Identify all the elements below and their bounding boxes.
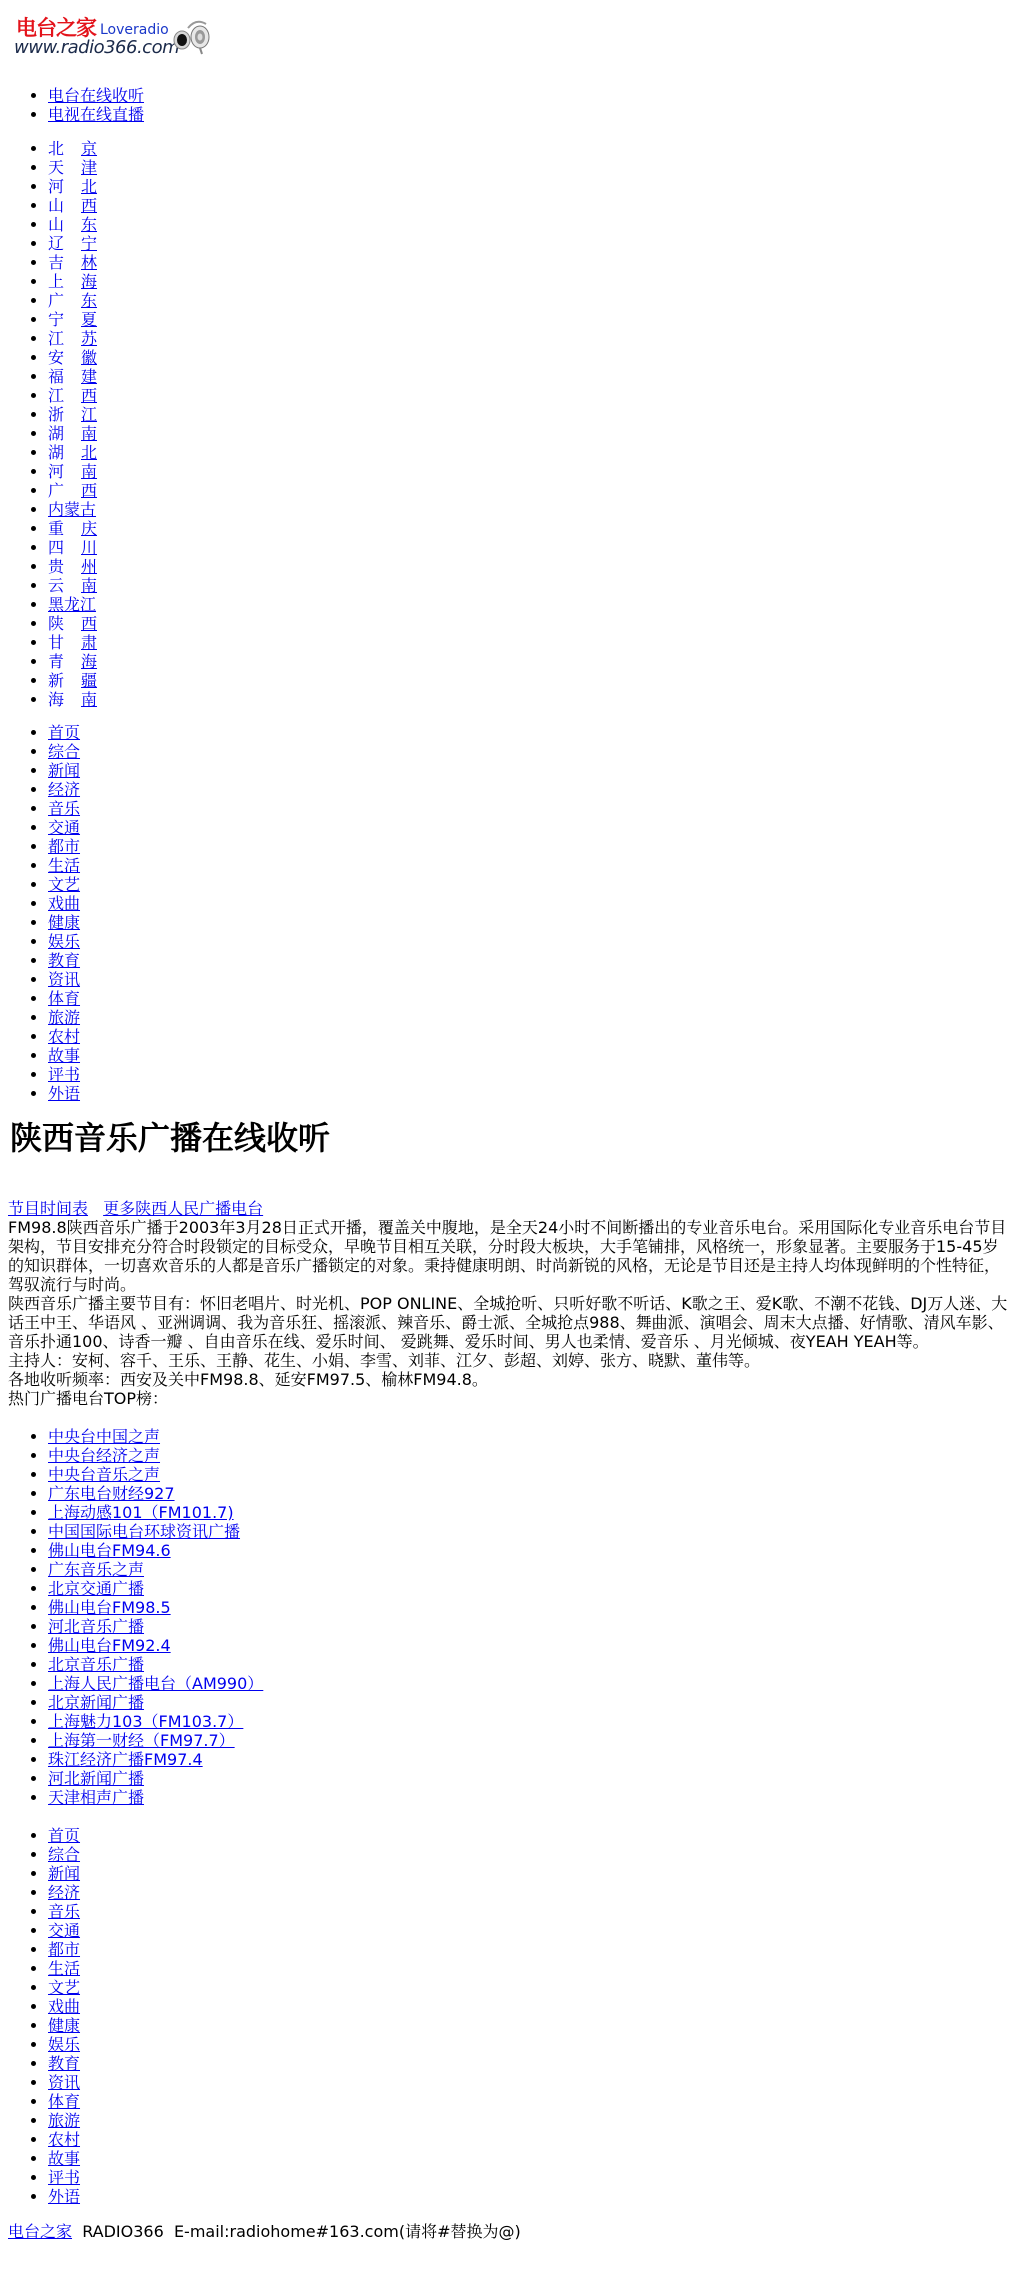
category-link[interactable]: 经济 bbox=[48, 780, 80, 799]
province-char-2: 庆 bbox=[81, 519, 97, 538]
category-item: 教育 bbox=[48, 951, 80, 970]
province-link[interactable]: 安徽 bbox=[48, 348, 97, 367]
province-char-1: 辽 bbox=[48, 234, 81, 253]
province-item: 广东 bbox=[48, 291, 97, 310]
category-item: 资讯 bbox=[48, 2073, 80, 2092]
top-station-link[interactable]: 北京新闻广播 bbox=[48, 1693, 144, 1712]
province-char-2: 西 bbox=[81, 196, 97, 215]
category-item: 戏曲 bbox=[48, 1997, 80, 2016]
category-link[interactable]: 体育 bbox=[48, 2092, 80, 2111]
category-item: 评书 bbox=[48, 1065, 80, 1084]
category-item: 都市 bbox=[48, 1940, 80, 1959]
category-item: 都市 bbox=[48, 837, 80, 856]
province-link[interactable]: 辽宁 bbox=[48, 234, 97, 253]
category-item: 戏曲 bbox=[48, 894, 80, 913]
province-char-2: 海 bbox=[81, 272, 97, 291]
province-item: 宁夏 bbox=[48, 310, 97, 329]
province-char-1: 福 bbox=[48, 367, 81, 386]
top-station-item: 广东音乐之声 bbox=[48, 1560, 263, 1579]
province-char-2: 苏 bbox=[81, 329, 97, 348]
category-link[interactable]: 健康 bbox=[48, 913, 80, 932]
province-item: 重庆 bbox=[48, 519, 97, 538]
top-station-item: 广东电台财经927 bbox=[48, 1484, 263, 1503]
station-description: FM98.8陕西音乐广播于2003年3月28日正式开播，覆盖关中腹地，是全天24… bbox=[8, 1218, 1014, 1408]
province-item: 新疆 bbox=[48, 671, 97, 690]
category-link[interactable]: 娱乐 bbox=[48, 2035, 80, 2054]
province-link[interactable]: 湖南 bbox=[48, 424, 97, 443]
category-item: 综合 bbox=[48, 742, 80, 761]
province-link[interactable]: 广西 bbox=[48, 481, 97, 500]
logo-en-text: Loveradio bbox=[100, 22, 169, 38]
province-char-2: 南 bbox=[81, 690, 97, 709]
province-char-1: 重 bbox=[48, 519, 81, 538]
province-link[interactable]: 浙江 bbox=[48, 405, 97, 424]
province-link[interactable]: 河北 bbox=[48, 177, 97, 196]
province-item: 上海 bbox=[48, 272, 97, 291]
province-char-2: 肃 bbox=[81, 633, 97, 652]
top-station-link[interactable]: 天津相声广播 bbox=[48, 1788, 144, 1807]
top-station-item: 中央台音乐之声 bbox=[48, 1465, 263, 1484]
province-item: 山西 bbox=[48, 196, 97, 215]
top-nav-tv-link[interactable]: 电视在线直播 bbox=[48, 105, 144, 124]
province-link[interactable]: 海南 bbox=[48, 690, 97, 709]
province-link[interactable]: 云南 bbox=[48, 576, 97, 595]
province-link[interactable]: 内蒙古 bbox=[48, 500, 96, 519]
top-nav: 电台在线收听 电视在线直播 bbox=[0, 86, 144, 124]
category-link[interactable]: 体育 bbox=[48, 989, 80, 1008]
category-item: 新闻 bbox=[48, 761, 80, 780]
headphones-icon bbox=[172, 18, 212, 56]
province-char-1: 宁 bbox=[48, 310, 81, 329]
top-station-link[interactable]: 中央台中国之声 bbox=[48, 1427, 160, 1446]
category-item: 外语 bbox=[48, 1084, 80, 1103]
top-station-link[interactable]: 北京交通广播 bbox=[48, 1579, 144, 1598]
province-link[interactable]: 甘肃 bbox=[48, 633, 97, 652]
province-item: 四川 bbox=[48, 538, 97, 557]
province-link[interactable]: 山西 bbox=[48, 196, 97, 215]
top-station-item: 珠江经济广播FM97.4 bbox=[48, 1750, 263, 1769]
category-item: 体育 bbox=[48, 2092, 80, 2111]
top-station-item: 上海人民广播电台（AM990） bbox=[48, 1674, 263, 1693]
category-link[interactable]: 首页 bbox=[48, 1826, 80, 1845]
province-char-1: 甘 bbox=[48, 633, 81, 652]
logo-url-text: www.radio366.com bbox=[14, 38, 179, 58]
category-link[interactable]: 首页 bbox=[48, 723, 80, 742]
province-char-1: 浙 bbox=[48, 405, 81, 424]
category-item: 文艺 bbox=[48, 875, 80, 894]
footer-contact-text: RADIO366 E-mail:radiohome#163.com(请将#替换为… bbox=[72, 2222, 521, 2241]
province-char-2: 夏 bbox=[81, 310, 97, 329]
province-char-1: 天 bbox=[48, 158, 81, 177]
province-char-1: 河 bbox=[48, 462, 81, 481]
category-link[interactable]: 故事 bbox=[48, 1046, 80, 1065]
top-station-item: 河北音乐广播 bbox=[48, 1617, 263, 1636]
category-item: 资讯 bbox=[48, 970, 80, 989]
province-char-2: 川 bbox=[81, 538, 97, 557]
top-station-item: 中央台经济之声 bbox=[48, 1446, 263, 1465]
province-item: 云南 bbox=[48, 576, 97, 595]
province-link[interactable]: 河南 bbox=[48, 462, 97, 481]
category-link[interactable]: 旅游 bbox=[48, 2111, 80, 2130]
top-station-link[interactable]: 上海人民广播电台（AM990） bbox=[48, 1674, 263, 1693]
province-link[interactable]: 黑龙江 bbox=[48, 595, 96, 614]
top-station-item: 中国国际电台环球资讯广播 bbox=[48, 1522, 263, 1541]
province-item: 山东 bbox=[48, 215, 97, 234]
category-link[interactable]: 教育 bbox=[48, 951, 80, 970]
province-link[interactable]: 四川 bbox=[48, 538, 97, 557]
province-char-2: 京 bbox=[81, 139, 97, 158]
province-char-1: 湖 bbox=[48, 443, 81, 462]
top-station-link[interactable]: 中央台音乐之声 bbox=[48, 1465, 160, 1484]
hosts-paragraph: 主持人：安柯、容千、王乐、王静、花生、小娟、李雪、刘菲、江夕、彭超、刘婷、张方、… bbox=[8, 1351, 1014, 1370]
category-link[interactable]: 音乐 bbox=[48, 1902, 80, 1921]
province-link[interactable]: 贵州 bbox=[48, 557, 97, 576]
province-item: 江西 bbox=[48, 386, 97, 405]
province-item: 吉林 bbox=[48, 253, 97, 272]
station-links: 节目时间表 更多陕西人民广播电台 bbox=[8, 1199, 273, 1218]
top-station-item: 北京音乐广播 bbox=[48, 1655, 263, 1674]
province-link[interactable]: 陕西 bbox=[48, 614, 97, 633]
top-station-link[interactable]: 广东音乐之声 bbox=[48, 1560, 144, 1579]
province-link[interactable]: 山东 bbox=[48, 215, 97, 234]
province-item: 青海 bbox=[48, 652, 97, 671]
top-station-item: 北京新闻广播 bbox=[48, 1693, 263, 1712]
top-station-item: 天津相声广播 bbox=[48, 1788, 263, 1807]
province-link[interactable]: 江西 bbox=[48, 386, 97, 405]
category-item: 综合 bbox=[48, 1845, 80, 1864]
category-link[interactable]: 外语 bbox=[48, 2187, 80, 2206]
category-link[interactable]: 音乐 bbox=[48, 799, 80, 818]
province-item: 贵州 bbox=[48, 557, 97, 576]
category-link[interactable]: 教育 bbox=[48, 2054, 80, 2073]
category-link[interactable]: 故事 bbox=[48, 2149, 80, 2168]
category-link[interactable]: 文艺 bbox=[48, 875, 80, 894]
province-char-1: 广 bbox=[48, 291, 81, 310]
category-link[interactable]: 评书 bbox=[48, 2168, 80, 2187]
top-station-item: 上海第一财经（FM97.7） bbox=[48, 1731, 263, 1750]
top-station-link[interactable]: 中国国际电台环球资讯广播 bbox=[48, 1522, 240, 1541]
category-link[interactable]: 都市 bbox=[48, 837, 80, 856]
top-nav-item: 电视在线直播 bbox=[48, 105, 144, 124]
province-item: 黑龙江 bbox=[48, 595, 97, 614]
category-item: 生活 bbox=[48, 856, 80, 875]
province-char-1: 云 bbox=[48, 576, 81, 595]
category-link[interactable]: 综合 bbox=[48, 742, 80, 761]
province-link[interactable]: 青海 bbox=[48, 652, 97, 671]
category-link[interactable]: 交通 bbox=[48, 1921, 80, 1940]
province-char-2: 东 bbox=[81, 215, 97, 234]
province-char-1: 贵 bbox=[48, 557, 81, 576]
category-item: 音乐 bbox=[48, 799, 80, 818]
category-item: 生活 bbox=[48, 1959, 80, 1978]
category-item: 首页 bbox=[48, 723, 80, 742]
province-item: 北京 bbox=[48, 139, 97, 158]
top-station-link[interactable]: 佛山电台FM92.4 bbox=[48, 1636, 171, 1655]
province-char-1: 山 bbox=[48, 196, 81, 215]
top-station-item: 上海魅力103（FM103.7） bbox=[48, 1712, 263, 1731]
category-nav-top: 首页综合新闻经济音乐交通都市生活文艺戏曲健康娱乐教育资讯体育旅游农村故事评书外语 bbox=[0, 723, 80, 1103]
province-link[interactable]: 北京 bbox=[48, 139, 97, 158]
top-station-link[interactable]: 河北新闻广播 bbox=[48, 1769, 144, 1788]
province-item: 内蒙古 bbox=[48, 500, 97, 519]
category-item: 交通 bbox=[48, 1921, 80, 1940]
top-station-link[interactable]: 佛山电台FM94.6 bbox=[48, 1541, 171, 1560]
top-station-item: 上海动感101（FM101.7) bbox=[48, 1503, 263, 1522]
province-item: 甘肃 bbox=[48, 633, 97, 652]
province-link[interactable]: 天津 bbox=[48, 158, 97, 177]
province-char-2: 西 bbox=[81, 614, 97, 633]
top-station-item: 中央台中国之声 bbox=[48, 1427, 263, 1446]
category-nav-bottom: 首页综合新闻经济音乐交通都市生活文艺戏曲健康娱乐教育资讯体育旅游农村故事评书外语 bbox=[0, 1826, 80, 2206]
category-link[interactable]: 戏曲 bbox=[48, 1997, 80, 2016]
category-link[interactable]: 外语 bbox=[48, 1084, 80, 1103]
category-link[interactable]: 娱乐 bbox=[48, 932, 80, 951]
category-link[interactable]: 综合 bbox=[48, 1845, 80, 1864]
top-station-link[interactable]: 广东电台财经927 bbox=[48, 1484, 175, 1503]
province-link[interactable]: 江苏 bbox=[48, 329, 97, 348]
province-char-2: 建 bbox=[81, 367, 97, 386]
province-char-2: 宁 bbox=[81, 234, 97, 253]
footer-home-link[interactable]: 电台之家 bbox=[8, 2222, 72, 2241]
province-item: 河北 bbox=[48, 177, 97, 196]
category-item: 故事 bbox=[48, 2149, 80, 2168]
category-link[interactable]: 新闻 bbox=[48, 1864, 80, 1883]
province-nav: 北京天津河北山西山东辽宁吉林上海广东宁夏江苏安徽福建江西浙江湖南湖北河南广西内蒙… bbox=[0, 139, 97, 709]
province-link[interactable]: 广东 bbox=[48, 291, 97, 310]
category-item: 农村 bbox=[48, 1027, 80, 1046]
province-item: 福建 bbox=[48, 367, 97, 386]
province-char-2: 林 bbox=[81, 253, 97, 272]
province-char-1: 海 bbox=[48, 690, 81, 709]
category-item: 外语 bbox=[48, 2187, 80, 2206]
province-item: 河南 bbox=[48, 462, 97, 481]
province-char-2: 北 bbox=[81, 443, 97, 462]
province-char-1: 陕 bbox=[48, 614, 81, 633]
top-station-item: 河北新闻广播 bbox=[48, 1769, 263, 1788]
top-station-link[interactable]: 佛山电台FM98.5 bbox=[48, 1598, 171, 1617]
province-char-2: 南 bbox=[81, 576, 97, 595]
category-link[interactable]: 新闻 bbox=[48, 761, 80, 780]
province-link[interactable]: 福建 bbox=[48, 367, 97, 386]
category-item: 经济 bbox=[48, 1883, 80, 1902]
province-char-2: 南 bbox=[81, 424, 97, 443]
province-char-1: 新 bbox=[48, 671, 81, 690]
province-char-1: 湖 bbox=[48, 424, 81, 443]
province-char-1: 安 bbox=[48, 348, 81, 367]
category-item: 健康 bbox=[48, 913, 80, 932]
province-item: 天津 bbox=[48, 158, 97, 177]
province-char-2: 津 bbox=[81, 158, 97, 177]
province-char-2: 西 bbox=[81, 386, 97, 405]
top-station-link[interactable]: 珠江经济广播FM97.4 bbox=[48, 1750, 203, 1769]
top-station-link[interactable]: 上海动感101（FM101.7) bbox=[48, 1503, 234, 1522]
category-item: 文艺 bbox=[48, 1978, 80, 1997]
province-char-1: 河 bbox=[48, 177, 81, 196]
province-char-2: 北 bbox=[81, 177, 97, 196]
category-item: 交通 bbox=[48, 818, 80, 837]
province-link[interactable]: 吉林 bbox=[48, 253, 97, 272]
category-item: 音乐 bbox=[48, 1902, 80, 1921]
province-item: 湖南 bbox=[48, 424, 97, 443]
category-item: 农村 bbox=[48, 2130, 80, 2149]
category-item: 经济 bbox=[48, 780, 80, 799]
province-item: 辽宁 bbox=[48, 234, 97, 253]
category-link[interactable]: 旅游 bbox=[48, 1008, 80, 1027]
province-item: 江苏 bbox=[48, 329, 97, 348]
province-link[interactable]: 重庆 bbox=[48, 519, 97, 538]
frequencies-paragraph: 各地收听频率：西安及关中FM98.8、延安FM97.5、榆林FM94.8。 bbox=[8, 1370, 1014, 1389]
province-item: 广西 bbox=[48, 481, 97, 500]
category-item: 旅游 bbox=[48, 1008, 80, 1027]
province-char-2: 西 bbox=[81, 481, 97, 500]
province-item: 安徽 bbox=[48, 348, 97, 367]
site-logo[interactable]: 电台之家 Loveradio www.radio366.com bbox=[14, 14, 210, 60]
intro-paragraph: FM98.8陕西音乐广播于2003年3月28日正式开播，覆盖关中腹地，是全天24… bbox=[8, 1218, 1014, 1294]
category-link[interactable]: 评书 bbox=[48, 1065, 80, 1084]
province-char-1: 上 bbox=[48, 272, 81, 291]
province-char-2: 疆 bbox=[81, 671, 97, 690]
top-station-link[interactable]: 上海魅力103（FM103.7） bbox=[48, 1712, 243, 1731]
province-char-2: 江 bbox=[81, 405, 97, 424]
category-item: 评书 bbox=[48, 2168, 80, 2187]
page-title: 陕西音乐广播在线收听 bbox=[10, 1118, 330, 1158]
category-link[interactable]: 资讯 bbox=[48, 970, 80, 989]
category-item: 娱乐 bbox=[48, 932, 80, 951]
top-list-heading: 热门广播电台TOP榜： bbox=[8, 1389, 1014, 1408]
category-link[interactable]: 文艺 bbox=[48, 1978, 80, 1997]
more-stations-link[interactable]: 更多陕西人民广播电台 bbox=[103, 1199, 263, 1218]
category-item: 故事 bbox=[48, 1046, 80, 1065]
province-link[interactable]: 上海 bbox=[48, 272, 97, 291]
category-item: 首页 bbox=[48, 1826, 80, 1845]
province-char-1: 广 bbox=[48, 481, 81, 500]
top-station-link[interactable]: 北京音乐广播 bbox=[48, 1655, 144, 1674]
top-nav-item: 电台在线收听 bbox=[48, 86, 144, 105]
category-link[interactable]: 经济 bbox=[48, 1883, 80, 1902]
province-item: 陕西 bbox=[48, 614, 97, 633]
province-char-2: 海 bbox=[81, 652, 97, 671]
province-char-1: 江 bbox=[48, 386, 81, 405]
province-link[interactable]: 宁夏 bbox=[48, 310, 97, 329]
footer: 电台之家 RADIO366 E-mail:radiohome#163.com(请… bbox=[8, 2222, 521, 2241]
top-station-item: 佛山电台FM92.4 bbox=[48, 1636, 263, 1655]
province-char-1: 山 bbox=[48, 215, 81, 234]
category-item: 新闻 bbox=[48, 1864, 80, 1883]
top-station-item: 佛山电台FM94.6 bbox=[48, 1541, 263, 1560]
province-char-2: 东 bbox=[81, 291, 97, 310]
province-item: 湖北 bbox=[48, 443, 97, 462]
top-nav-radio-link[interactable]: 电台在线收听 bbox=[48, 86, 144, 105]
category-item: 娱乐 bbox=[48, 2035, 80, 2054]
province-char-1: 青 bbox=[48, 652, 81, 671]
category-link[interactable]: 农村 bbox=[48, 2130, 80, 2149]
top-station-link[interactable]: 上海第一财经（FM97.7） bbox=[48, 1731, 235, 1750]
top-station-link[interactable]: 河北音乐广播 bbox=[48, 1617, 144, 1636]
category-item: 旅游 bbox=[48, 2111, 80, 2130]
category-link[interactable]: 交通 bbox=[48, 818, 80, 837]
category-link[interactable]: 都市 bbox=[48, 1940, 80, 1959]
province-item: 浙江 bbox=[48, 405, 97, 424]
province-char-1: 四 bbox=[48, 538, 81, 557]
province-char-1: 北 bbox=[48, 139, 81, 158]
category-link[interactable]: 农村 bbox=[48, 1027, 80, 1046]
province-char-1: 江 bbox=[48, 329, 81, 348]
category-link[interactable]: 资讯 bbox=[48, 2073, 80, 2092]
province-item: 海南 bbox=[48, 690, 97, 709]
province-char-2: 州 bbox=[81, 557, 97, 576]
schedule-link[interactable]: 节目时间表 bbox=[8, 1199, 88, 1218]
category-link[interactable]: 生活 bbox=[48, 856, 80, 875]
category-link[interactable]: 生活 bbox=[48, 1959, 80, 1978]
province-link[interactable]: 新疆 bbox=[48, 671, 97, 690]
province-char-2: 徽 bbox=[81, 348, 97, 367]
province-link[interactable]: 湖北 bbox=[48, 443, 97, 462]
top-station-link[interactable]: 中央台经济之声 bbox=[48, 1446, 160, 1465]
category-link[interactable]: 健康 bbox=[48, 2016, 80, 2035]
province-char-1: 吉 bbox=[48, 253, 81, 272]
category-item: 教育 bbox=[48, 2054, 80, 2073]
top-station-item: 北京交通广播 bbox=[48, 1579, 263, 1598]
top-stations-list: 中央台中国之声中央台经济之声中央台音乐之声广东电台财经927上海动感101（FM… bbox=[0, 1427, 263, 1807]
category-item: 体育 bbox=[48, 989, 80, 1008]
programs-paragraph: 陕西音乐广播主要节目有：怀旧老唱片、时光机、POP ONLINE、全城抢听、只听… bbox=[8, 1294, 1014, 1351]
category-link[interactable]: 戏曲 bbox=[48, 894, 80, 913]
category-item: 健康 bbox=[48, 2016, 80, 2035]
top-station-item: 佛山电台FM98.5 bbox=[48, 1598, 263, 1617]
province-char-2: 南 bbox=[81, 462, 97, 481]
